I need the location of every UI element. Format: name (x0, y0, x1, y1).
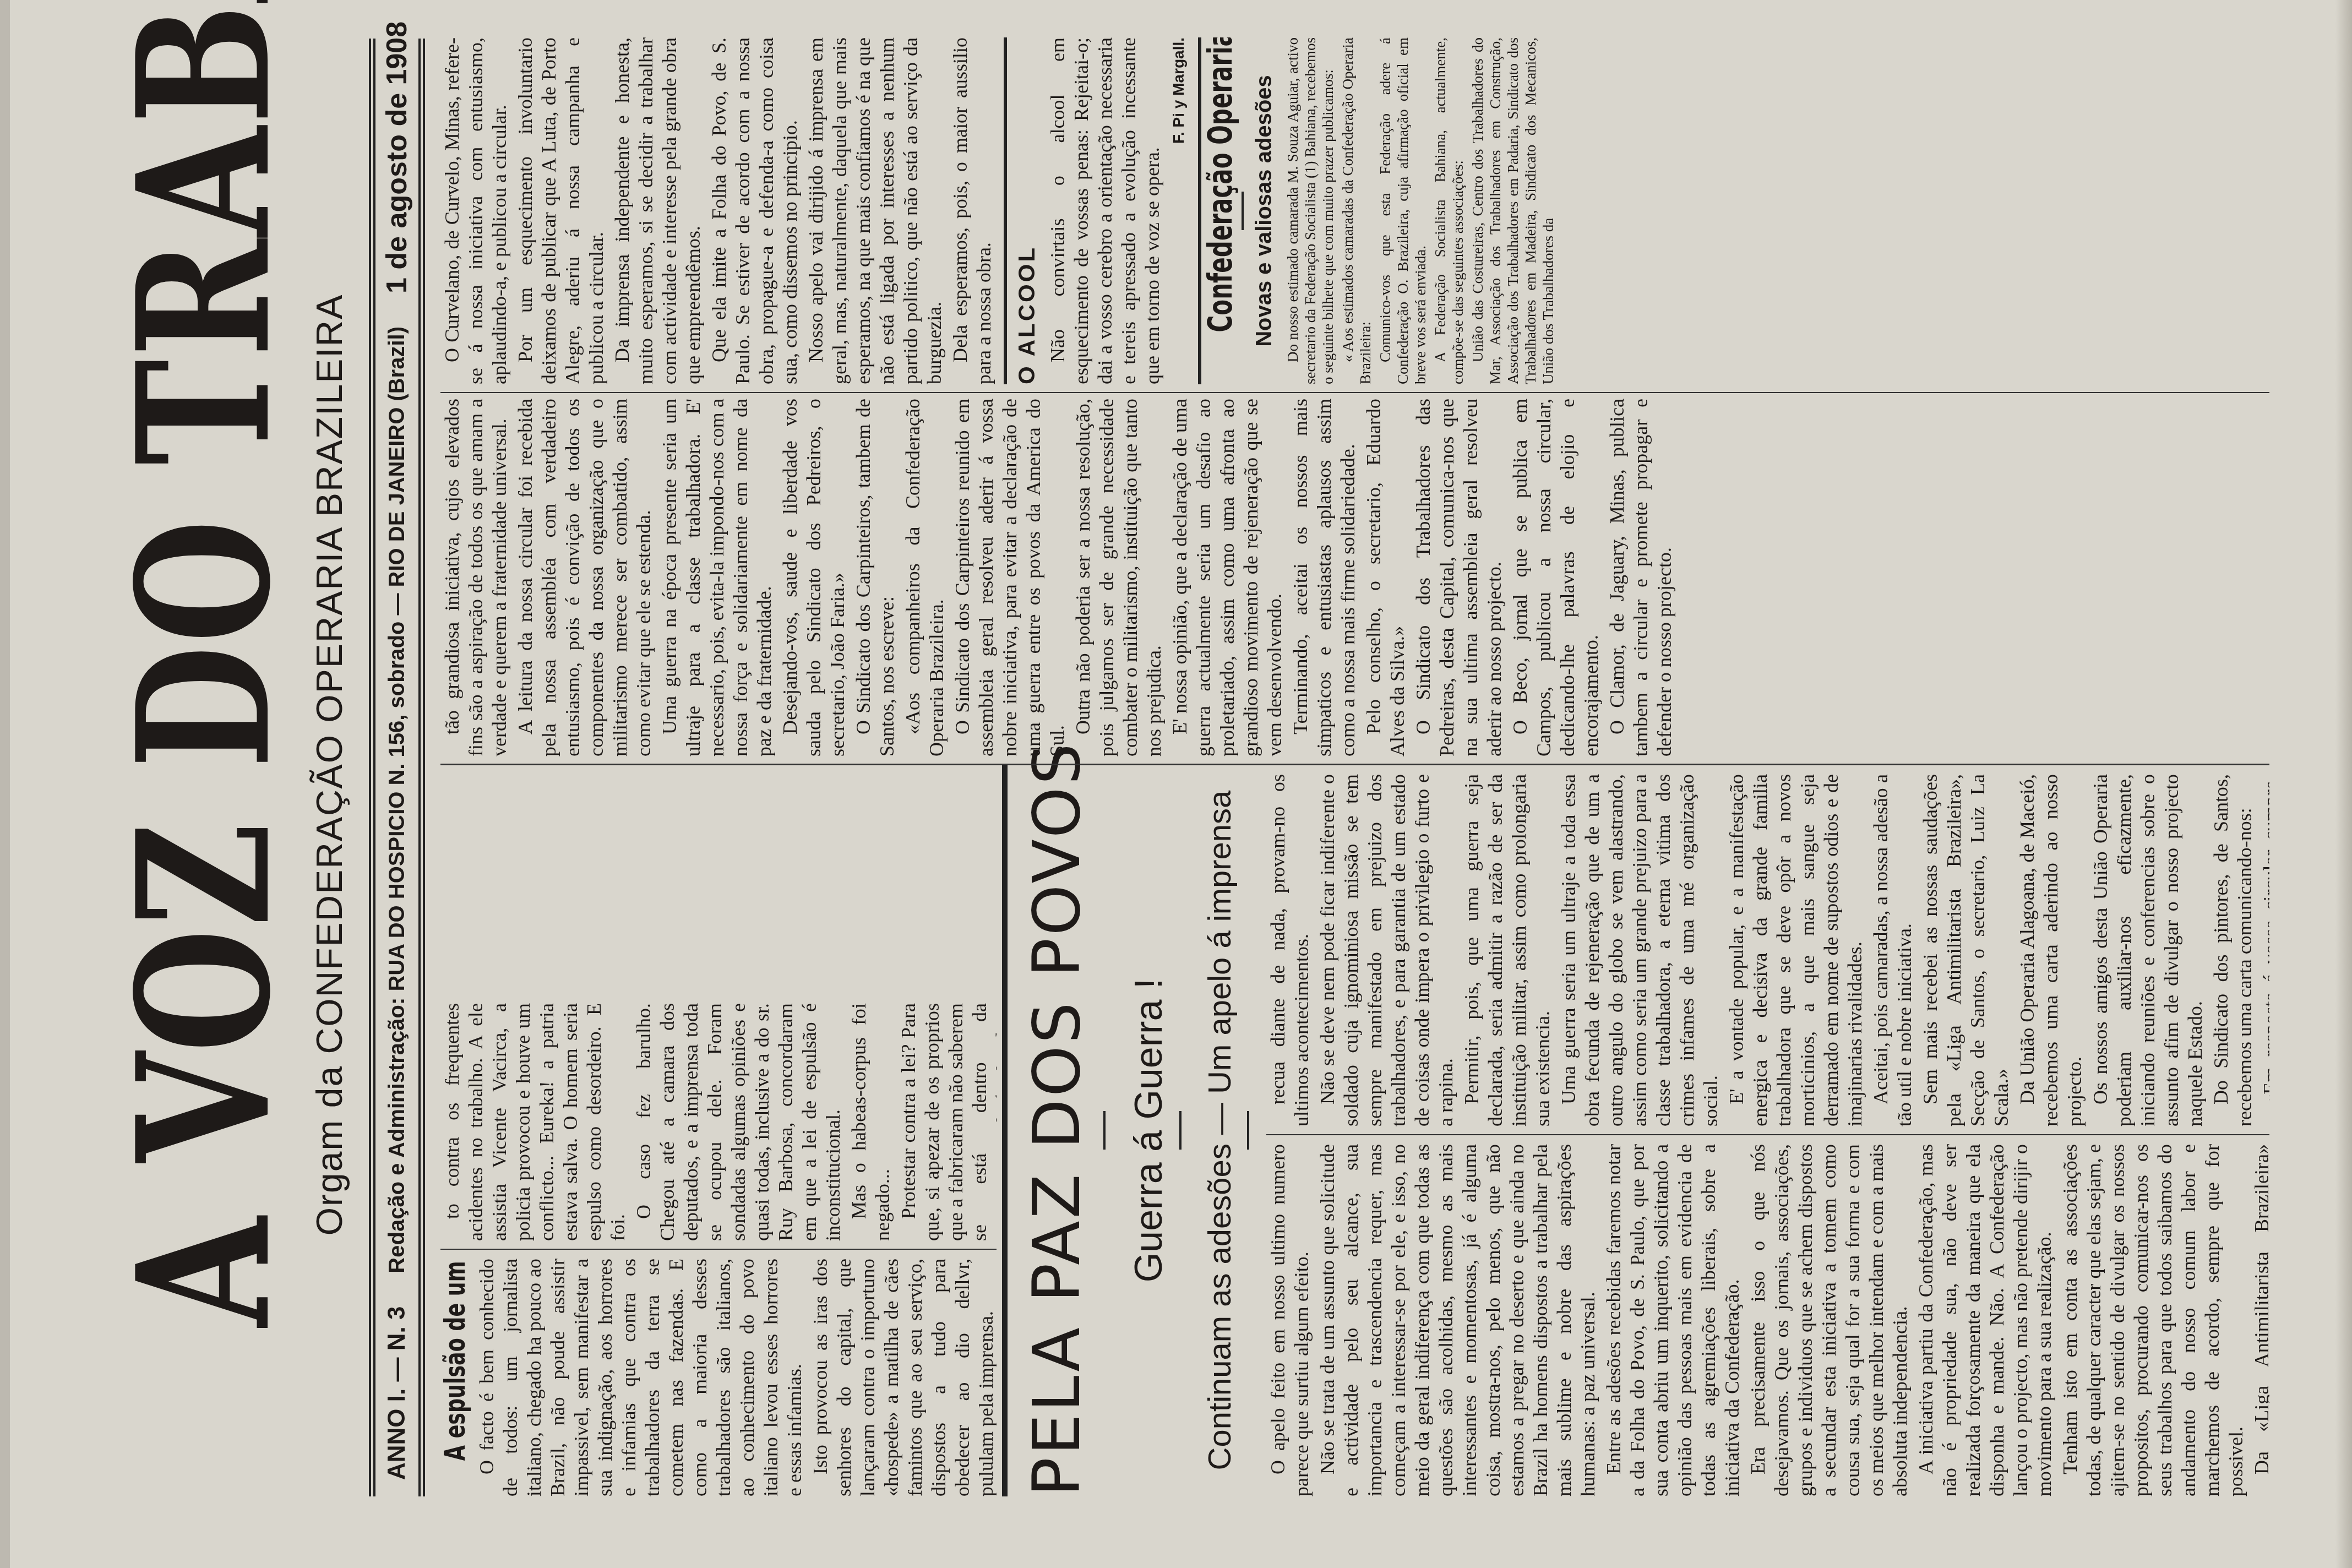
article-body: O facto é bem conhecido de todos: um jor… (475, 1259, 997, 1496)
alcool-signature: F. Pi y Margall. (1167, 37, 1190, 384)
paragraph: Uma guerra seria um ultraje a toda essa … (1557, 774, 1723, 1126)
newspaper-subtitle: Orgam da CONFEDERAÇÃO OPERARIA BRAZILEIR… (308, 44, 350, 1485)
paragraph: recua diante de nada, provam-no os ultim… (1266, 774, 1314, 1126)
paragraph: E' nossa opinião, que a declaração de um… (1168, 399, 1287, 756)
alcool-heading: O ALCOOL (1015, 37, 1038, 384)
column-espulsao-cont: to contra os frequentes acidentes no tra… (440, 1003, 997, 1241)
paragraph: Pelo conselho, o secretario, Eduardo Alv… (1362, 399, 1409, 756)
confederacao-subheading: Novas e valiosas adesões (1253, 37, 1276, 384)
article-body: O Curvelano, de Curvelo, Minas, refere-s… (440, 37, 996, 384)
paragraph: Desejando-vos, saude e liberdade vos sau… (778, 399, 850, 756)
info-bar: ANNO I. — N. 3 Redação e Administração: … (369, 39, 425, 1496)
paragraph: Que ela imite a Folha do Povo, de S. Pau… (707, 37, 802, 384)
paragraph: «Em resposta á vossa circular cumpre-nos… (2259, 774, 2269, 1126)
page-shadow (2335, 0, 2352, 1568)
paragraph: A iniciativa partiu da Confederação, mas… (1914, 1144, 2056, 1496)
paragraph: Aceitai, pois camaradas, a nossa adesão … (1869, 774, 1917, 1126)
paragraph: «Aos companheiros da Confederação Operar… (901, 399, 949, 756)
column-paz-d: O Curvelano, de Curvelo, Minas, refere-s… (440, 37, 2269, 384)
dash (1103, 1111, 1106, 1150)
paragraph: Uma guerra na época presente seria um ul… (658, 399, 776, 756)
paragraph: Entre as adesões recebidas faremos notar… (1602, 1144, 1744, 1496)
article-body: to contra os frequentes acidentes no tra… (440, 1003, 997, 1241)
paragraph: O apelo feito em nosso ultimo numero par… (1266, 1144, 1314, 1496)
dash (1247, 1111, 1249, 1150)
paragraph: Isto provocou as iras dos senhores do ca… (809, 1259, 997, 1496)
paper-edge (0, 0, 10, 1568)
confederacao-heading: Confederação Operaria Brazileira (1209, 90, 1233, 333)
paragraph: Dela esperamos, pois, o maior aussilio p… (949, 37, 996, 384)
main-headline: PELA PAZ DOS POVOS (1019, 764, 1095, 1496)
paragraph: Permitir, pois, que uma guerra seja decl… (1460, 774, 1555, 1126)
main-headline-block: PELA PAZ DOS POVOS Guerra á Guerra ! Con… (1019, 764, 1258, 1496)
paragraph: O facto é bem conhecido de todos: um jor… (475, 1259, 807, 1496)
paragraph: O Beco, jornal que se publica em Campos,… (1509, 399, 1603, 756)
issue-number: ANNO I. — N. 3 (383, 1290, 411, 1496)
paragraph: A leitura da nossa circular foi recebida… (514, 399, 656, 756)
paragraph: Não se deve nem pode ficar indiferente o… (1316, 774, 1458, 1126)
main-deck: Continuam as adesões — Um apelo á impren… (1201, 764, 1238, 1496)
article-body: Do nosso estimado camarada M. Souza Agui… (1284, 37, 1557, 384)
paragraph: Da imprensa independente e honesta, muit… (611, 37, 705, 384)
column-rule (440, 392, 2269, 393)
newspaper-page: A VOZ DO TRABALHADOR Orgam da CONFEDERAÇ… (0, 0, 2352, 1568)
paragraph: Era precisamente isso o que nós desejava… (1746, 1144, 1912, 1496)
column-espulsao: A espulsão de um jornalista O facto é be… (440, 1259, 997, 1496)
masthead: A VOZ DO TRABALHADOR (99, 44, 330, 1485)
paragraph: Outra não poderia ser a nossa resolução,… (1071, 399, 1166, 756)
column-rule (440, 1249, 997, 1250)
issue-date: 1 de agosto de 1908 (380, 5, 413, 310)
paragraph: O Sindicato dos Trabalhadores das Pedrei… (1412, 399, 1506, 756)
paragraph: E' a vontade popular, e a manifestação e… (1725, 774, 1867, 1126)
paragraph: A Federação Socialista Bahiana, actualme… (1431, 37, 1467, 384)
article-heading: A espulsão de um jornalista (444, 1294, 467, 1461)
paragraph: O caso fez barulho. Chegou até a camara … (632, 1003, 845, 1241)
section-rule (1002, 764, 1008, 1496)
paragraph: tão grandiosa iniciativa, cujos elevados… (440, 399, 511, 756)
column-paz-b: recua diante de nada, provam-no os ultim… (1266, 774, 2269, 1126)
paragraph: Do Sindicato dos pintores, de Santos, re… (2209, 774, 2257, 1126)
alcool-text: Não convirtais o alcool em esquecimento … (1046, 37, 1164, 384)
paragraph: O Clamor, de Jaguary, Minas, publica tam… (1605, 399, 1676, 756)
column-rule (1266, 1134, 2269, 1135)
columns-area: A espulsão de um jornalista O facto é be… (440, 39, 2269, 1496)
paragraph: O Sindicato dos Carpinteiros reunido em … (951, 399, 1069, 756)
dash (1179, 1111, 1182, 1150)
paragraph: Terminando, aceitai os nossos mais simpa… (1289, 399, 1360, 756)
paragraph: Comunico-vos que esta Federação adere á … (1376, 37, 1429, 384)
paragraph: Nosso apelo vai dirijido á imprensa em g… (804, 37, 946, 384)
paragraph: Da «Liga Antimilitarista Brazileira» Seç… (2250, 1144, 2269, 1496)
paragraph: Tenham isto em conta as associações toda… (2059, 1144, 2248, 1496)
paragraph: Do nosso estimado camarada M. Souza Agui… (1284, 37, 1337, 384)
paragraph: União das Costureiras, Centro dos Trabal… (1469, 37, 1557, 384)
section-rule (1004, 37, 1007, 384)
paragraph: Protestar contra a lei? Para que, si ape… (897, 1003, 997, 1241)
paragraph: O Sindicato dos Carpinteiros, tambem de … (852, 399, 899, 756)
paragraph: Por um esquecimento involuntario deixamo… (514, 37, 608, 384)
main-subheadline: Guerra á Guerra ! (1126, 764, 1170, 1496)
column-paz-c: tão grandiosa iniciativa, cujos elevados… (440, 399, 2269, 756)
article-body: recua diante de nada, provam-no os ultim… (1266, 774, 2269, 1126)
paragraph: « Aos estimados camaradas da Confederaçã… (1339, 37, 1374, 384)
article-body: tão grandiosa iniciativa, cujos elevados… (440, 399, 1676, 756)
paragraph: Da União Operaria Alagoana, de Maceió, r… (2016, 774, 2087, 1126)
paragraph: Mas o habeas-corpus foi negado... (847, 1003, 895, 1241)
paragraph: Os nossos amigos desta União Operaria po… (2089, 774, 2207, 1126)
column-paz-a: O apelo feito em nosso ultimo numero par… (1266, 1144, 2269, 1496)
address: Redação e Administração: RUA DO HOSPICIO… (385, 310, 410, 1290)
newspaper-title: A VOZ DO TRABALHADOR (99, 203, 308, 1327)
article-body: O apelo feito em nosso ultimo numero par… (1266, 1144, 2269, 1496)
paragraph: O Curvelano, de Curvelo, Minas, refere-s… (440, 37, 511, 384)
column-rule (440, 764, 2269, 765)
paragraph: to contra os frequentes acidentes no tra… (440, 1003, 630, 1241)
dash (1242, 192, 1244, 230)
paragraph: Não se trata de um assunto que solicitud… (1316, 1144, 1600, 1496)
paragraph: Sem mais recebei as nossas saudações pel… (1919, 774, 2013, 1126)
